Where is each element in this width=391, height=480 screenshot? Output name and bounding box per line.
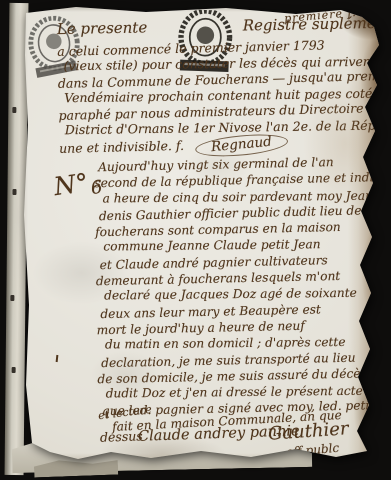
header-text: une et indivisible. f. bbox=[59, 138, 184, 156]
paper-sheet: première f. Le presente Registre supléme… bbox=[16, 5, 382, 467]
ink-mark bbox=[56, 355, 59, 362]
manuscript-page: première f. Le presente Registre supléme… bbox=[16, 5, 382, 467]
stitch-mark bbox=[10, 295, 14, 301]
scanned-manuscript-photo: première f. Le presente Registre supléme… bbox=[0, 0, 391, 480]
header-text: Le presente bbox=[57, 18, 148, 38]
signature-flourish-icon bbox=[254, 453, 370, 467]
stamp-gap bbox=[152, 31, 238, 33]
act-body: Aujourd'huy vingt six germinal de l'an s… bbox=[98, 154, 382, 419]
register-header: Le presente Registre suplémentaire a cel… bbox=[57, 15, 380, 159]
act-number-prefix: N° bbox=[52, 168, 90, 202]
closing-word: dessus bbox=[100, 428, 143, 444]
header-text: Registre suplémentaire bbox=[243, 13, 382, 34]
header-line: Le presente Registre suplémentaire bbox=[57, 15, 377, 37]
officer-title: off publc bbox=[285, 441, 339, 460]
